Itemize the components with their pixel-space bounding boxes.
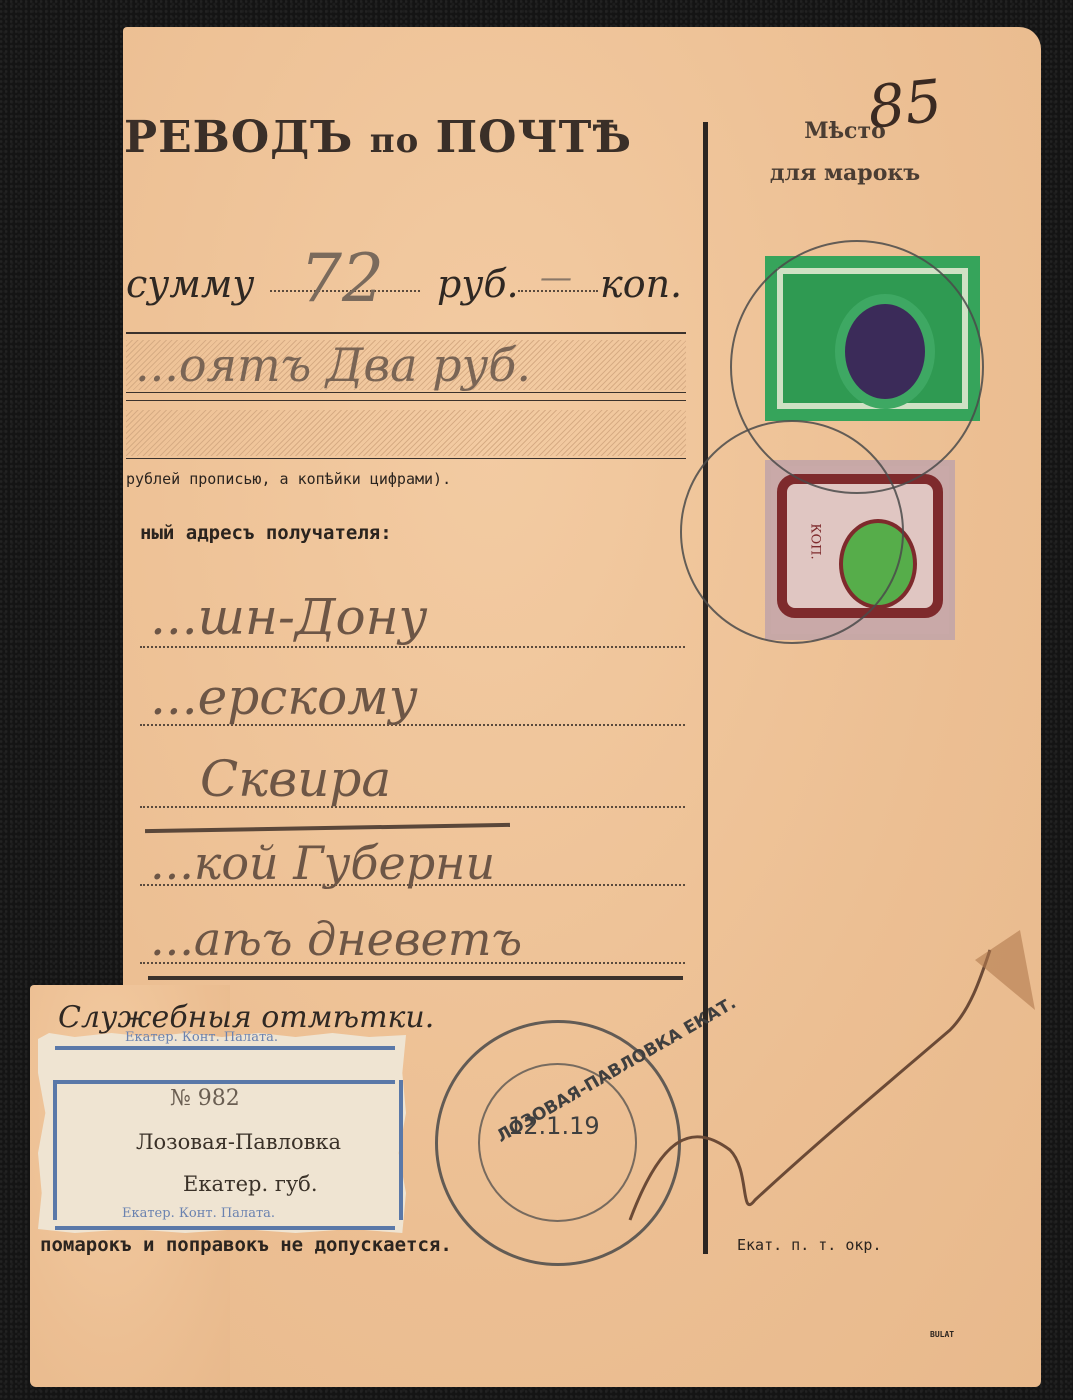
handwritten-number: 85 bbox=[865, 66, 946, 141]
label-top-office: Екатер. Конт. Палата. bbox=[125, 1030, 278, 1045]
label-border bbox=[399, 1080, 403, 1220]
footer-note: помарокъ и поправокъ не допускается. bbox=[40, 1234, 452, 1256]
sum-words-field-2 bbox=[126, 410, 686, 456]
signature bbox=[620, 920, 1040, 1260]
label-number: № 982 bbox=[170, 1086, 240, 1111]
rule bbox=[126, 458, 686, 459]
label-border bbox=[55, 1046, 395, 1050]
rule bbox=[126, 392, 686, 393]
address-text-4: ...кой Губерни bbox=[150, 836, 495, 890]
form-title: РЕВОДЪ по ПОЧТѢ bbox=[124, 112, 632, 163]
address-text-5: ...аѣъ дневетъ bbox=[150, 912, 522, 966]
address-text-2: ...ерскому bbox=[150, 668, 418, 726]
rub-label: руб. bbox=[437, 262, 519, 306]
address-line-1 bbox=[140, 646, 685, 648]
sum-in-words: ...оятъ Два руб. bbox=[135, 338, 531, 392]
label-border bbox=[55, 1226, 395, 1230]
label-border bbox=[53, 1080, 57, 1220]
sum-instruction: рублей прописью, а копѣйки цифрами). bbox=[126, 470, 451, 488]
kop-value: — bbox=[540, 258, 572, 296]
sum-label: сумму bbox=[126, 262, 254, 306]
kop-label: коп. bbox=[600, 262, 682, 306]
rule bbox=[126, 400, 686, 401]
postmark-middle bbox=[680, 420, 904, 644]
address-bottom-rule bbox=[148, 976, 683, 980]
address-text-3: Сквира bbox=[200, 750, 391, 808]
rule bbox=[126, 332, 686, 334]
label-border bbox=[55, 1080, 395, 1084]
sum-rub-value: 72 bbox=[300, 240, 384, 317]
postmark-date: 12.1.19 bbox=[508, 1112, 600, 1140]
address-text-1: ...шн-Дону bbox=[150, 588, 428, 646]
label-bottom-office: Екатер. Конт. Палата. bbox=[122, 1206, 275, 1221]
label-region: Екатер. губ. bbox=[183, 1172, 318, 1196]
printer-mark: BULAT bbox=[930, 1330, 954, 1339]
address-heading: ный адресъ получателя: bbox=[140, 522, 392, 544]
label-place: Лозовая-Павловка bbox=[136, 1130, 341, 1154]
